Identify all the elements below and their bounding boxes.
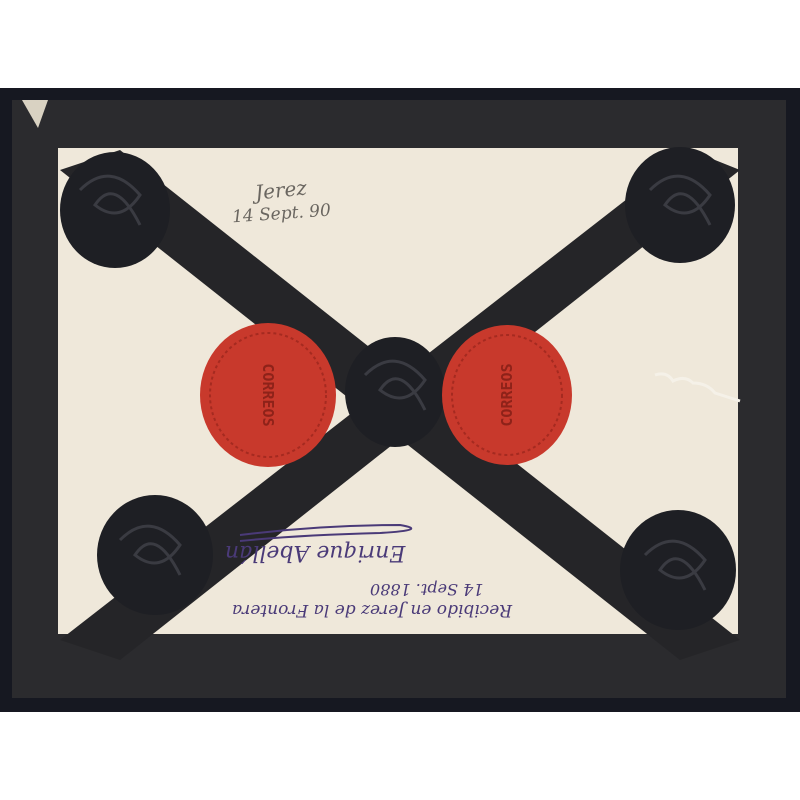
red-wax-seal-left: CORREOS [200, 323, 336, 467]
envelope-illustration: CORREOS CORREOS [0, 0, 800, 800]
red-wax-seal-right: CORREOS [442, 325, 572, 465]
seal-text-correos: CORREOS [498, 363, 516, 426]
ink-received-note: Recibido en Jerez de la Frontera [232, 600, 512, 620]
black-wax-seal [97, 495, 213, 615]
black-wax-seal [60, 152, 170, 268]
black-wax-seal [625, 147, 735, 263]
black-wax-seal [620, 510, 736, 630]
torn-corner [22, 100, 48, 128]
paper-tear [655, 374, 740, 401]
ink-name: Enrique Abellán [225, 540, 405, 565]
black-wax-seal [345, 337, 445, 447]
ink-received-date: 14 Sept. 1880 [370, 580, 483, 599]
seal-text-correos: CORREOS [259, 363, 277, 426]
